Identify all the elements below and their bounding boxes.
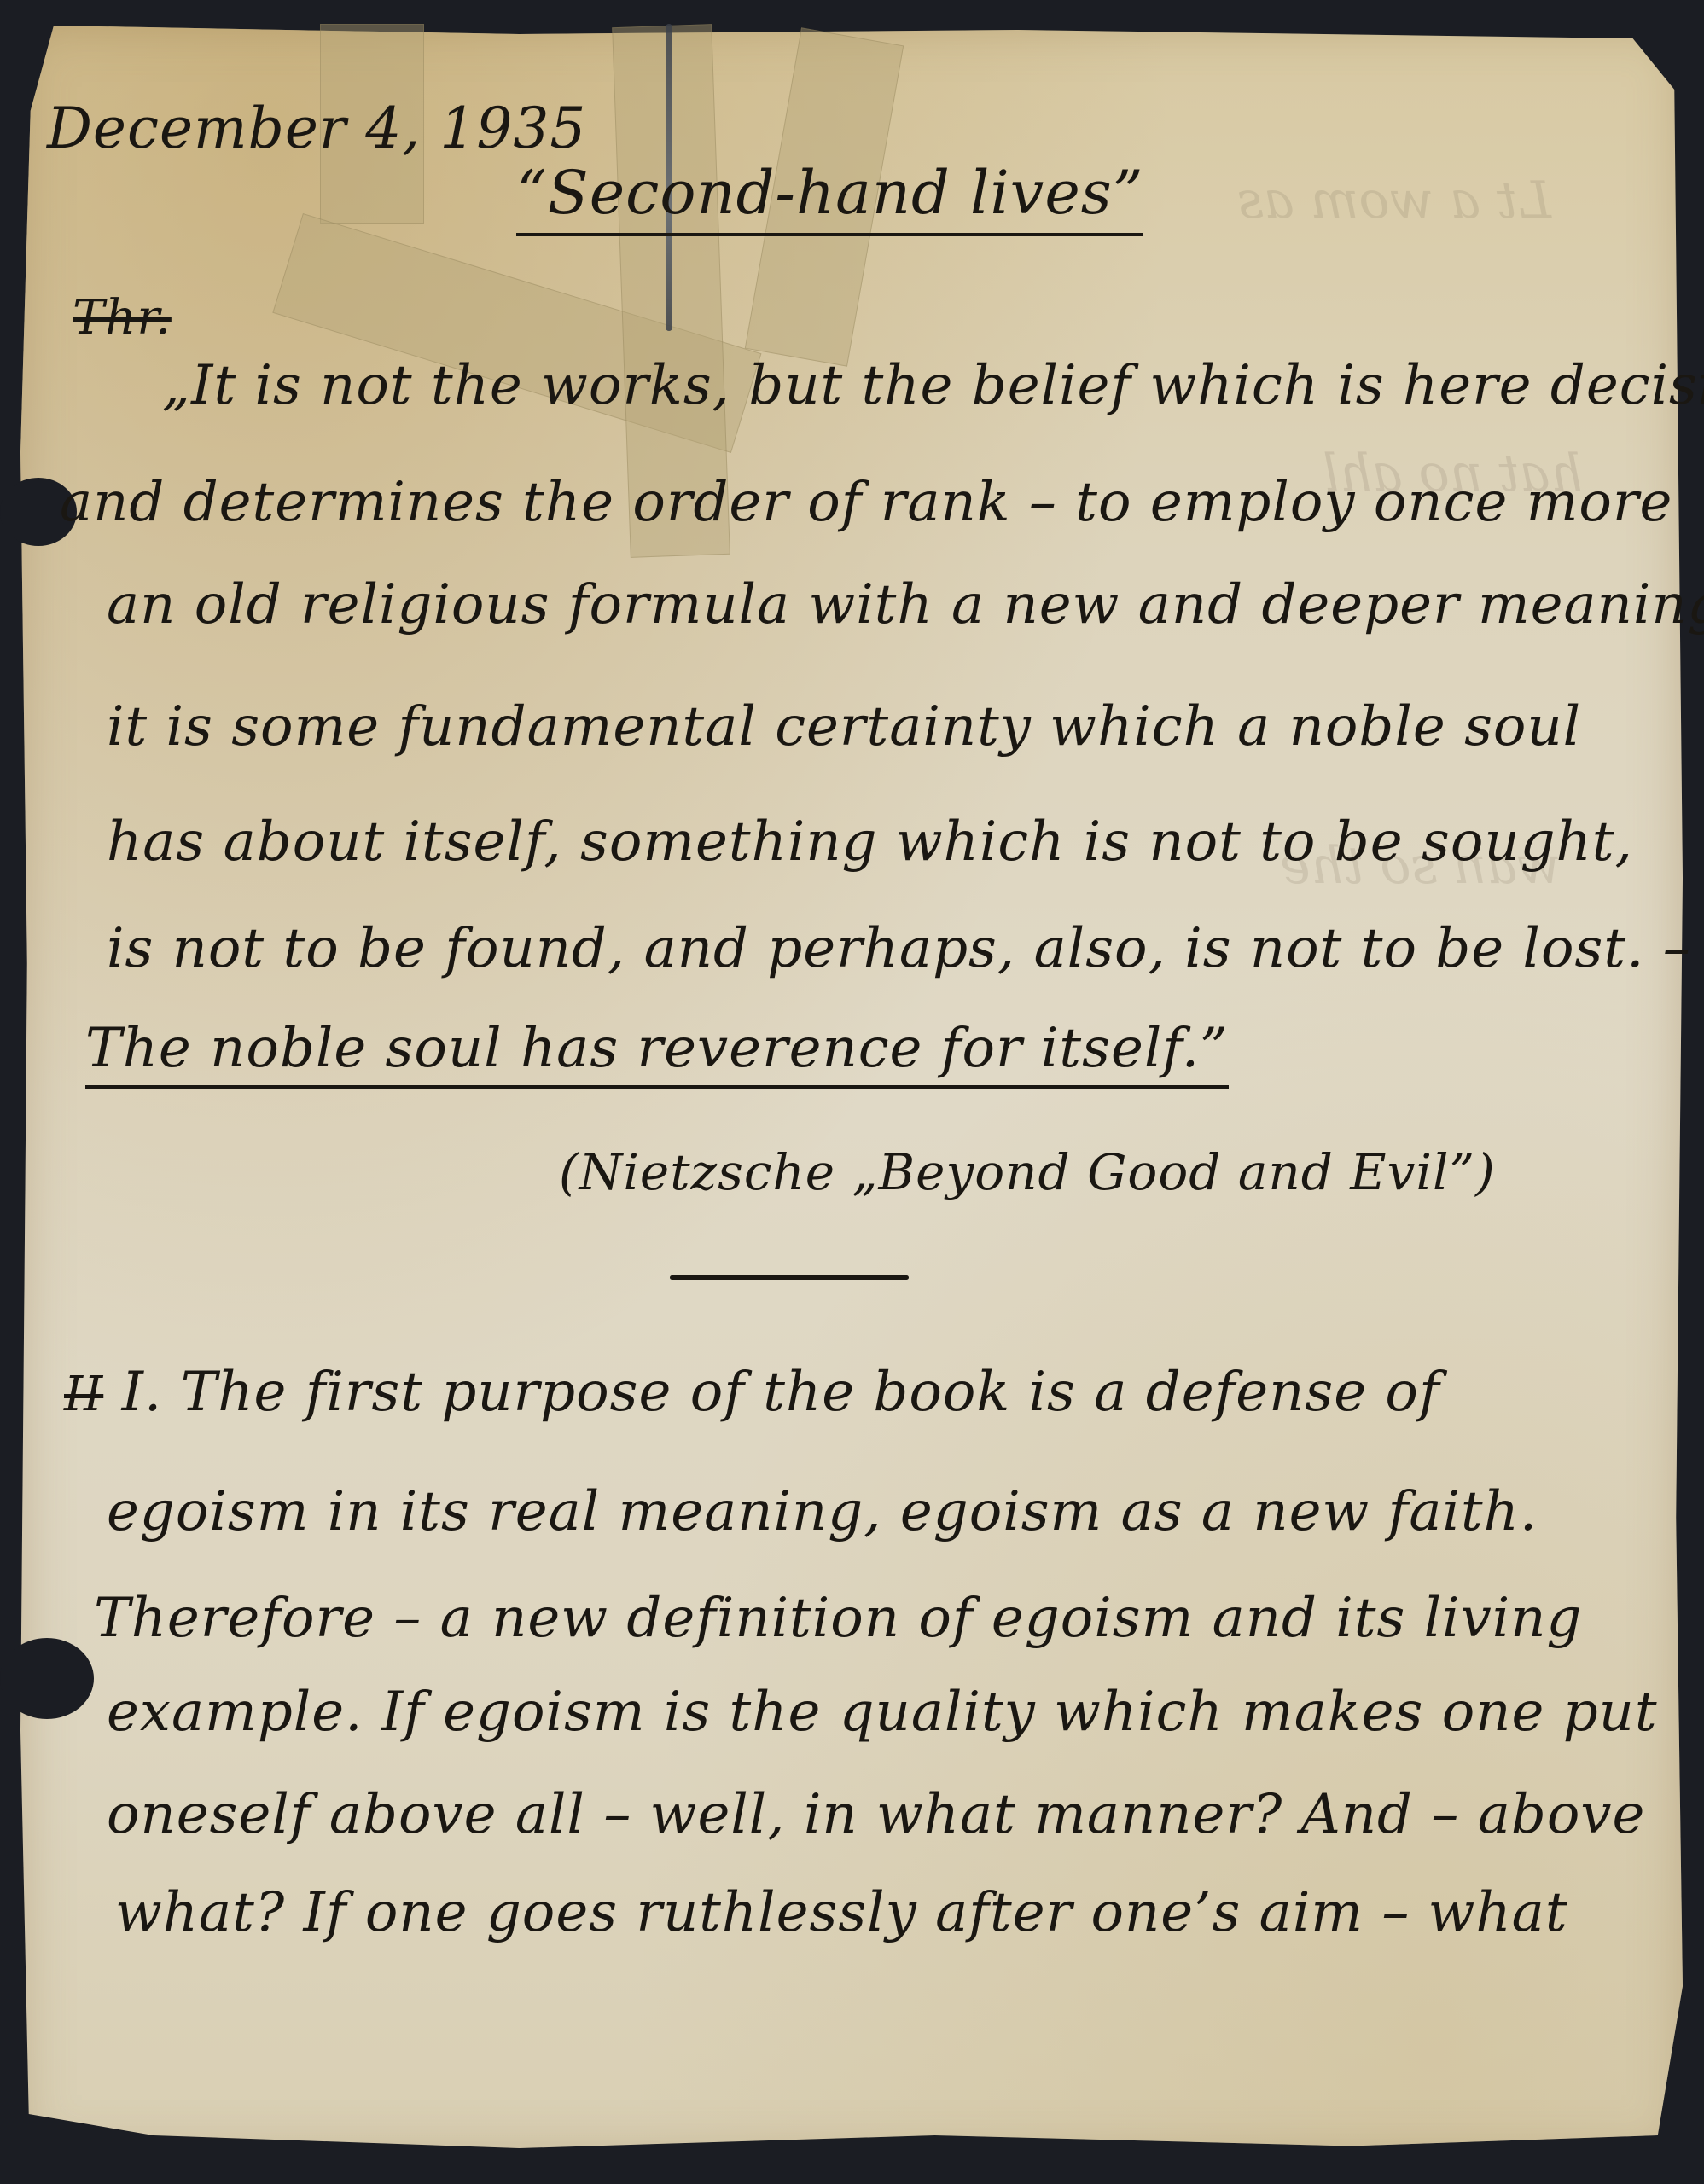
section-line: egoism in its real meaning, egoism as a … bbox=[107, 1480, 1538, 1543]
binder-hole-bottom bbox=[0, 1638, 94, 1719]
document-date: December 4, 1935 bbox=[47, 96, 586, 161]
underlined-text: The noble soul has reverence for itself.… bbox=[85, 1017, 1229, 1089]
section-line: oneself above all – well, in what manner… bbox=[107, 1783, 1645, 1846]
quote-line-underlined: The noble soul has reverence for itself.… bbox=[85, 1017, 1229, 1080]
section-heading-line: II I. The first purpose of the book is a… bbox=[64, 1361, 1440, 1424]
section-line: The first purpose of the book is a defen… bbox=[181, 1361, 1440, 1424]
quote-line: has about itself, something which is not… bbox=[107, 810, 1633, 874]
quote-line: it is some fundamental certainty which a… bbox=[107, 695, 1581, 758]
document-title: “Second-hand lives” bbox=[516, 158, 1143, 228]
crossed-out-numeral: II bbox=[64, 1367, 103, 1422]
quote-line: is not to be found, and perhaps, also, i… bbox=[107, 917, 1691, 980]
section-line: Therefore – a new definition of egoism a… bbox=[94, 1587, 1582, 1650]
section-line: what? If one goes ruthlessly after one’s… bbox=[115, 1881, 1568, 1944]
section-numeral: I. bbox=[122, 1361, 163, 1424]
quote-line: and determines the order of rank – to em… bbox=[60, 471, 1672, 534]
quote-line: an old religious formula with a new and … bbox=[107, 573, 1704, 636]
crossed-out-mark: Thr. bbox=[73, 290, 172, 346]
citation: (Nietzsche „Beyond Good and Evil”) bbox=[559, 1143, 1496, 1201]
bleed-through-text: Lt a wom as bbox=[1237, 171, 1551, 230]
title-text: “Second-hand lives” bbox=[516, 158, 1143, 236]
quote-line: „It is not the works, but the belief whi… bbox=[162, 354, 1704, 417]
section-line: example. If egoism is the quality which … bbox=[107, 1681, 1658, 1744]
section-divider bbox=[670, 1275, 909, 1280]
